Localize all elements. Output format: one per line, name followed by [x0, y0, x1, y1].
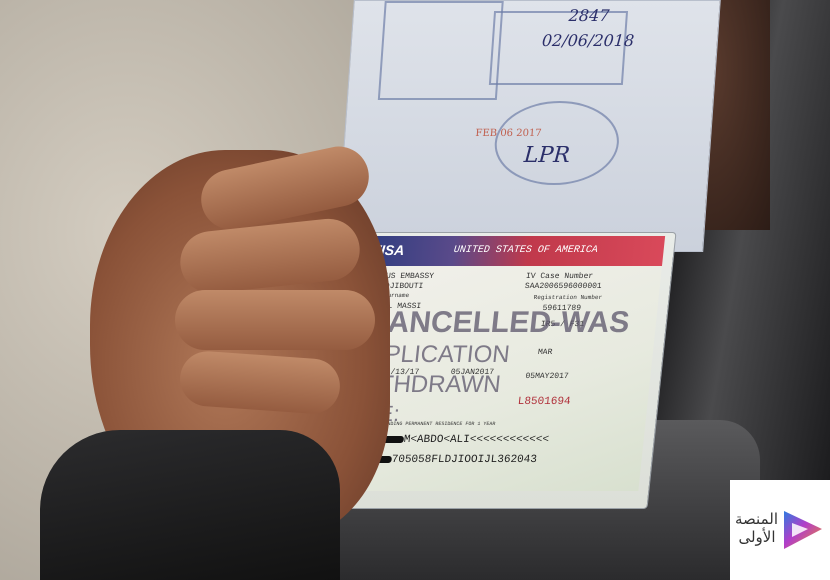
visa-banner-text: UNITED STATES OF AMERICA [453, 245, 598, 256]
issuing-city: DJIBOUTI [384, 282, 423, 291]
case-number: SAA2006596000001 [524, 282, 602, 291]
cancel-stamp-line1: CANCELLED-WAS [364, 306, 631, 340]
entry-stamp [378, 1, 504, 100]
logo-text: المنصة الأولى [736, 510, 778, 546]
channel-logo: المنصة الأولى [730, 480, 830, 580]
registration-label: Registration Number [533, 294, 602, 301]
play-triangle-icon [780, 507, 826, 553]
finger [178, 349, 341, 415]
passport-top-page: 2847 02/06/2018 FEB 06 2017 LPR [336, 0, 721, 252]
control-number: L8501694 [517, 396, 571, 408]
visa-banner: VISA UNITED STATES OF AMERICA [362, 236, 665, 266]
jacket-sleeve [40, 430, 340, 580]
handwritten-number: 2847 [568, 6, 610, 25]
expiry-date: 05MAY2017 [525, 372, 569, 381]
mrz-line-2: 705058FLDJIOOIJL362043 [391, 454, 537, 466]
stamp-date: FEB 06 2017 [475, 128, 542, 139]
handwritten-lpr: LPR [523, 143, 571, 168]
case-label: IV Case Number [525, 272, 593, 281]
entries: MAR [537, 348, 552, 357]
handwritten-date: 02/06/2018 [541, 31, 635, 50]
mrz-line-1: M<ABDO<ALI<<<<<<<<<<<< [403, 434, 549, 446]
issuing-post: US EMBASSY [385, 272, 434, 281]
finger [175, 290, 375, 350]
